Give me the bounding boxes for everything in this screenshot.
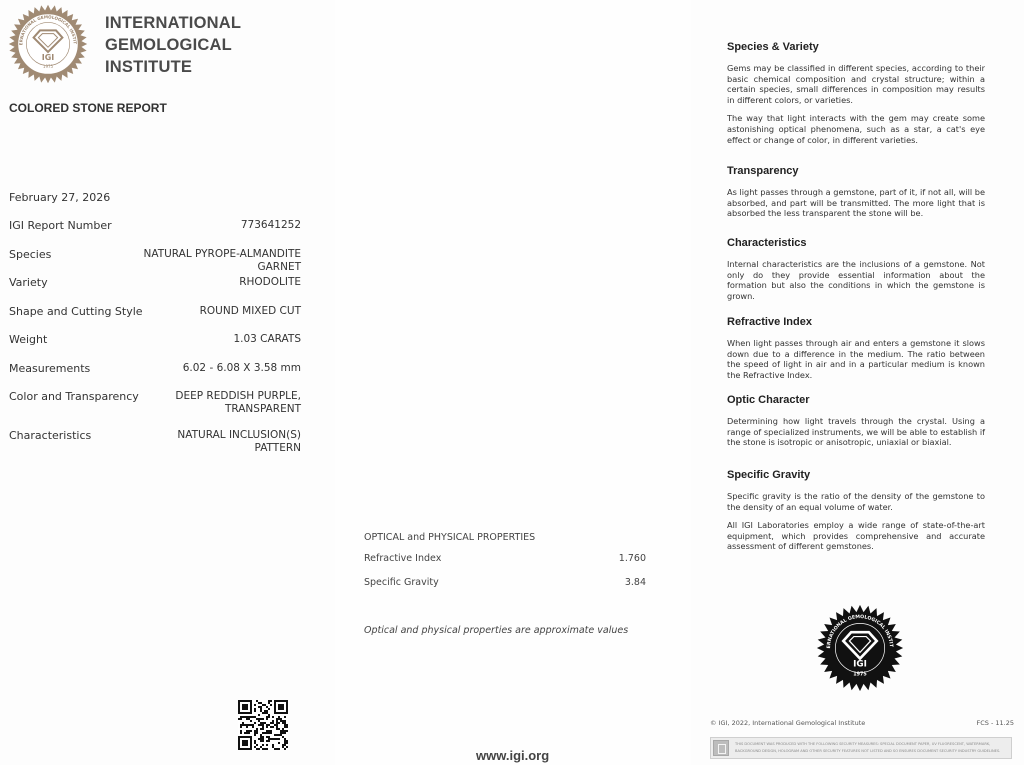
- optical-value: 3.84: [625, 577, 646, 588]
- field-label: Weight: [9, 333, 47, 346]
- report-front-panel: IGI 1975 INTERNATIONAL GEMOLOGICAL INSTI…: [0, 0, 335, 765]
- glossary-species-variety: Species & Variety Gems may be classified…: [727, 41, 985, 153]
- igi-seal-logo: IGI 1975 INTERNATIONAL GEMOLOGICAL INSTI…: [8, 4, 88, 84]
- glossary-text: All IGI Laboratories employ a wide range…: [727, 520, 985, 552]
- glossary-specific-gravity: Specific Gravity Specific gravity is the…: [727, 469, 985, 560]
- organization-name: INTERNATIONAL GEMOLOGICAL INSTITUTE: [105, 12, 241, 78]
- glossary-text: As light passes through a gemstone, part…: [727, 187, 985, 219]
- field-label: Color and Transparency: [9, 390, 139, 403]
- field-label: Variety: [9, 276, 48, 289]
- field-label: Shape and Cutting Style: [9, 305, 143, 318]
- glossary-characteristics: Characteristics Internal characteristics…: [727, 237, 985, 309]
- org-name-line: GEMOLOGICAL: [105, 34, 241, 56]
- security-text: This document was produced with the foll…: [735, 741, 1009, 755]
- glossary-heading: Specific Gravity: [727, 469, 985, 481]
- optical-label: Specific Gravity: [364, 577, 439, 588]
- glossary-panel: Species & Variety Gems may be classified…: [691, 0, 1024, 765]
- glossary-text: Specific gravity is the ratio of the den…: [727, 491, 985, 512]
- glossary-heading: Refractive Index: [727, 316, 985, 328]
- optical-label: Refractive Index: [364, 553, 441, 564]
- copyright-notice: © IGI, 2022, International Gemological I…: [710, 719, 865, 727]
- report-title: COLORED STONE REPORT: [9, 101, 167, 115]
- glossary-optic-character: Optic Character Determining how light tr…: [727, 394, 985, 456]
- website-link[interactable]: www.igi.org: [476, 748, 549, 763]
- igi-seal-black-icon: IGI 1975 INTERNATIONAL GEMOLOGICAL INSTI…: [816, 604, 904, 692]
- field-value: DEEP REDDISH PURPLE,TRANSPARENT: [175, 390, 301, 416]
- glossary-text: Internal characteristics are the inclusi…: [727, 259, 985, 301]
- glossary-heading: Species & Variety: [727, 41, 985, 53]
- glossary-refractive-index: Refractive Index When light passes throu…: [727, 316, 985, 388]
- field-label: Characteristics: [9, 429, 91, 442]
- glossary-text: When light passes through air and enters…: [727, 338, 985, 380]
- field-value: RHODOLITE: [239, 276, 301, 289]
- glossary-heading: Transparency: [727, 165, 985, 177]
- glossary-heading: Optic Character: [727, 394, 985, 406]
- field-value: 1.03 CARATS: [233, 333, 301, 346]
- glossary-text: Determining how light travels through th…: [727, 416, 985, 448]
- svg-text:1975: 1975: [43, 64, 54, 69]
- field-value: NATURAL INCLUSION(S)PATTERN: [177, 429, 301, 455]
- svg-text:1975: 1975: [853, 671, 867, 677]
- svg-text:IGI: IGI: [42, 53, 55, 62]
- optical-row-refractive-index: Refractive Index 1.760: [364, 553, 646, 564]
- svg-text:IGI: IGI: [853, 659, 867, 669]
- field-label: Species: [9, 248, 51, 261]
- optical-row-specific-gravity: Specific Gravity 3.84: [364, 577, 646, 588]
- qr-code[interactable]: [238, 700, 288, 750]
- document-security-icon: [713, 740, 729, 756]
- report-date: February 27, 2026: [9, 191, 110, 204]
- glossary-transparency: Transparency As light passes through a g…: [727, 165, 985, 227]
- glossary-text: Gems may be classified in different spec…: [727, 63, 985, 105]
- field-value: ROUND MIXED CUT: [200, 305, 301, 318]
- field-label: IGI Report Number: [9, 219, 112, 232]
- org-name-line: INSTITUTE: [105, 56, 241, 78]
- form-code: FCS - 11.25: [977, 719, 1015, 727]
- field-value: 773641252: [241, 219, 301, 232]
- glossary-heading: Characteristics: [727, 237, 985, 249]
- optical-value: 1.760: [619, 553, 646, 564]
- field-value: 6.02 - 6.08 X 3.58 mm: [183, 362, 301, 375]
- security-features-strip: This document was produced with the foll…: [710, 737, 1012, 759]
- glossary-text: The way that light interacts with the ge…: [727, 113, 985, 145]
- field-value: NATURAL PYROPE-ALMANDITEGARNET: [143, 248, 301, 274]
- optical-note: Optical and physical properties are appr…: [364, 625, 628, 636]
- optical-properties-title: OPTICAL and PHYSICAL PROPERTIES: [364, 532, 535, 543]
- org-name-line: INTERNATIONAL: [105, 12, 241, 34]
- field-label: Measurements: [9, 362, 90, 375]
- properties-panel: OPTICAL and PHYSICAL PROPERTIES Refracti…: [335, 0, 691, 765]
